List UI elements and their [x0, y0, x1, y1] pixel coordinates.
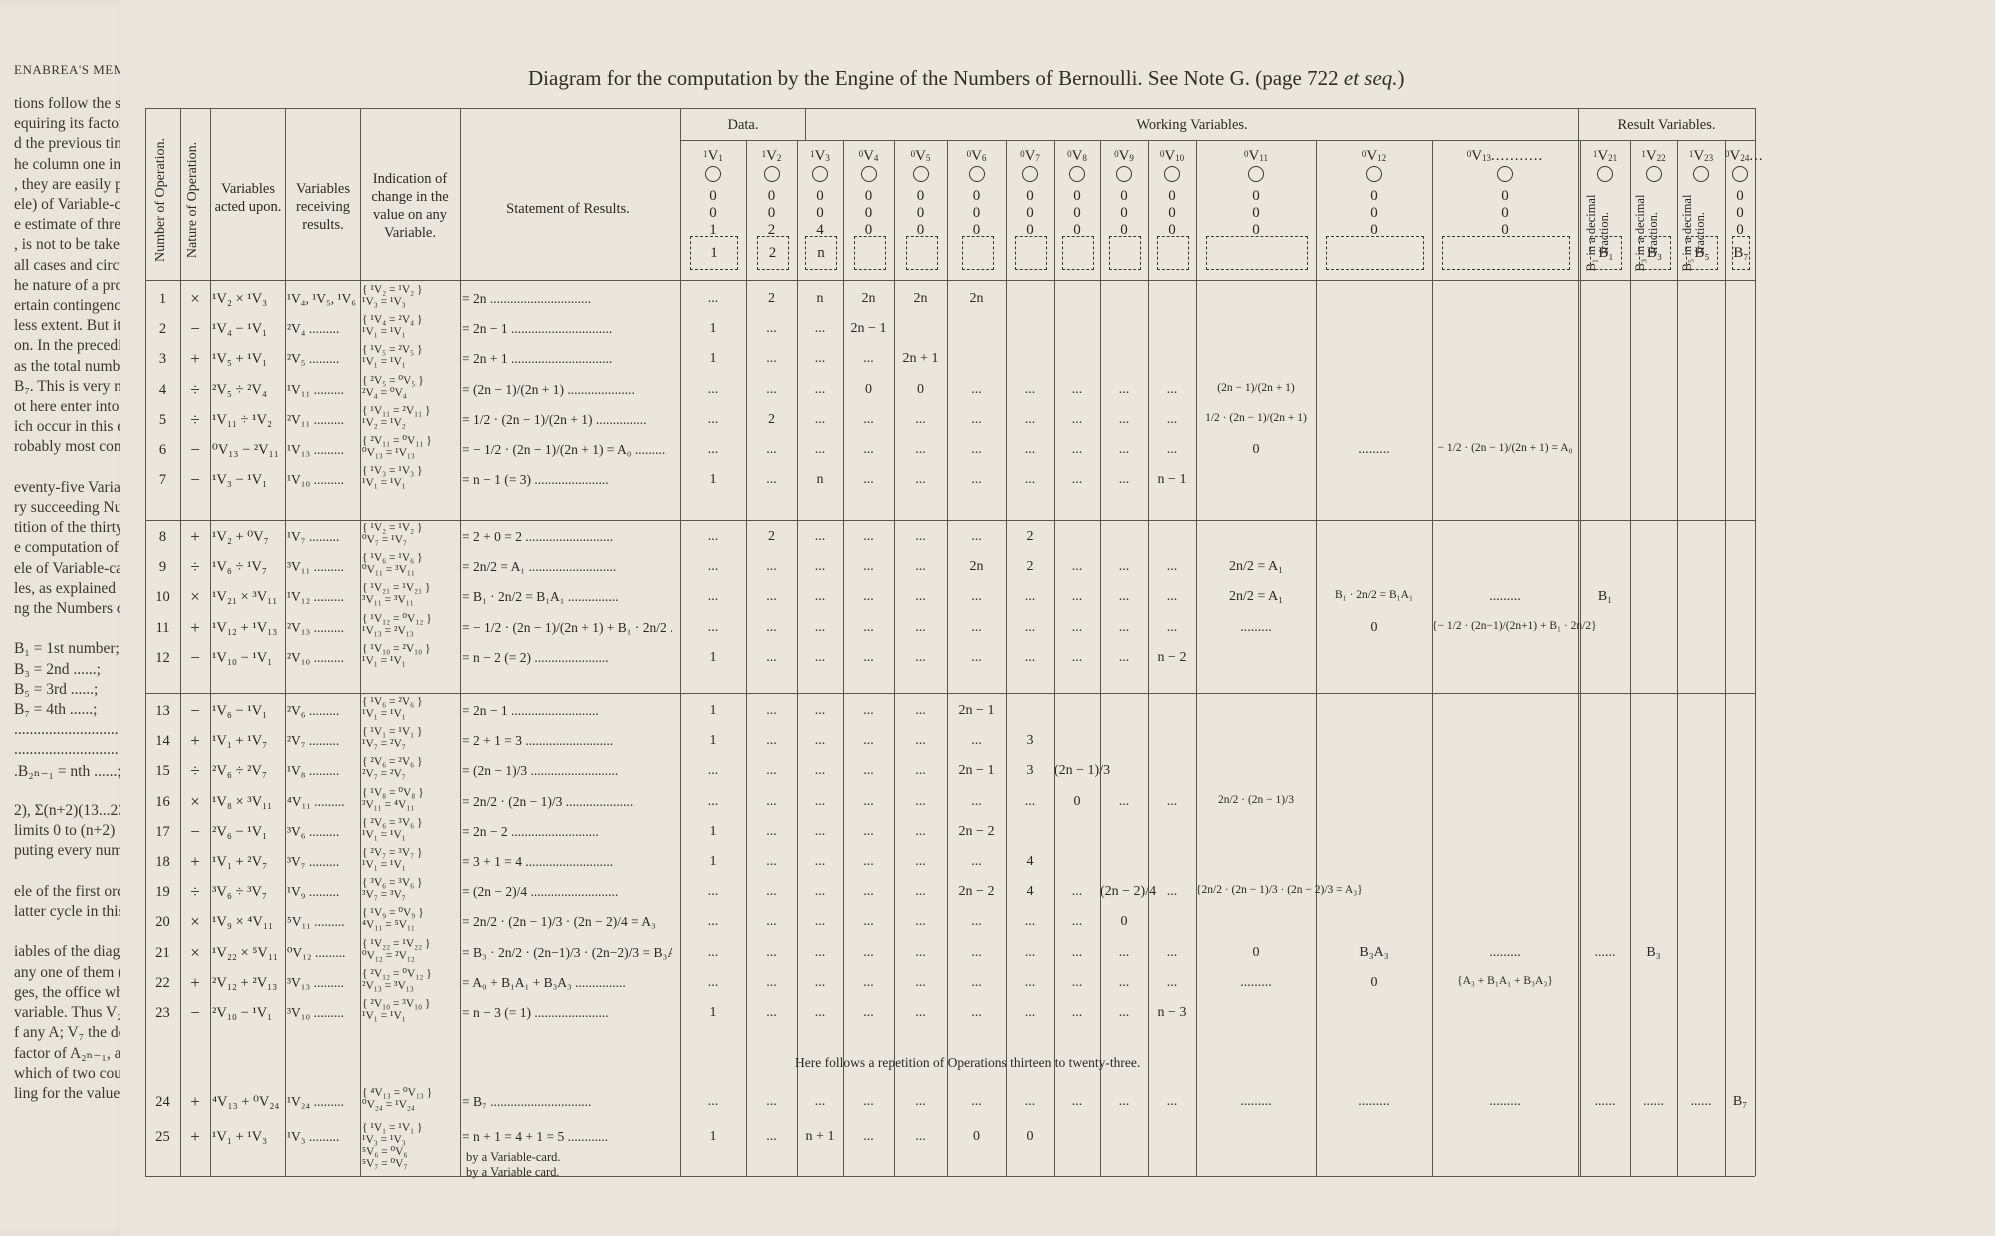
column-digit: 0: [1073, 205, 1081, 221]
variable-value: ...: [843, 620, 894, 636]
operation-sign: ×: [180, 912, 210, 932]
change-indication: { ²V₆ = ³V₆ } ¹V₁ = ¹V₁: [362, 817, 423, 841]
variable-column-header: 0V13...........000: [1432, 148, 1578, 239]
variable-value: ...: [947, 382, 1006, 398]
variable-value: {2n/2 · (2n − 1)/3 · (2n − 2)/3 = A₃}: [1196, 884, 1316, 896]
variable-value: ...: [1006, 1005, 1054, 1021]
result-note: by a Variable-card.: [466, 1150, 561, 1165]
variable-value: ...: [797, 1005, 843, 1021]
variables-receiving: ¹V₁₃ .........: [287, 442, 344, 458]
variable-value: 2n/2 = A₁: [1196, 559, 1316, 575]
variable-value: ...: [746, 1129, 797, 1145]
variable-value: 2n: [947, 291, 1006, 307]
variable-value: 1: [680, 351, 746, 367]
variable-value: ...: [1054, 382, 1100, 398]
variable-value: 1: [680, 703, 746, 719]
variables-acted-upon: ¹V₂ × ¹V₃: [212, 291, 267, 308]
variable-value: ...: [894, 794, 947, 810]
change-indication: { ¹V₁ = ¹V₁ } ¹V₃ = ¹V₃ ⁵V₆ = ⁰V₆ ⁵V₇ = …: [362, 1122, 423, 1170]
facing-page-line: ele of Variable-cards.: [14, 560, 137, 578]
variable-value: ...: [746, 975, 797, 991]
variable-value: ...: [1148, 412, 1196, 428]
variable-value: ...: [746, 472, 797, 488]
operation-number: 8: [145, 529, 180, 546]
variables-acted-upon: ⁰V₁₃ − ²V₁₁: [212, 442, 279, 459]
variables-receiving: ¹V₄, ¹V₅, ¹V₆: [287, 291, 356, 307]
variable-value: ...: [1006, 620, 1054, 636]
operation-sign: +: [180, 1127, 210, 1147]
facing-page-line: B₇ = 4th ......;: [14, 701, 97, 719]
variable-value: ...: [680, 291, 746, 307]
variable-card-box: [1206, 236, 1308, 270]
facing-page-line: 2), Σ(n+2)(13...23),(: [14, 802, 137, 820]
operation-number: 15: [145, 763, 180, 780]
variable-value: ...: [947, 589, 1006, 605]
facing-page-line: B₁ = 1st number;: [14, 640, 120, 658]
variable-column-header: 0V12000: [1316, 148, 1432, 239]
variable-value: ...: [894, 1005, 947, 1021]
change-line: ⁰V₁₂ = ²V₁₂: [362, 950, 431, 962]
operation-sign: +: [180, 618, 210, 638]
statement-of-result: = (2n − 2)/4 ..........................: [462, 884, 672, 900]
variable-value: ...: [1148, 1094, 1196, 1110]
variable-card-box: 1: [690, 236, 738, 270]
column-digit: 0: [1120, 188, 1128, 204]
variables-acted-upon: ²V₁₂ + ²V₁₃: [212, 975, 277, 992]
change-line: { ¹V₂ = ¹V₂ }: [362, 284, 423, 296]
table-bottom-rule: [145, 1176, 1755, 1177]
facing-page-line: iables of the diagram, it: [14, 943, 137, 961]
variables-receiving: ²V₁₃ .........: [287, 620, 344, 636]
variables-receiving: ¹V₇ .........: [287, 529, 339, 545]
column-digit: 0: [709, 188, 717, 204]
diagram-title: Diagram for the computation by the Engin…: [528, 66, 1405, 91]
operation-number: 13: [145, 703, 180, 720]
variable-value: ...: [843, 824, 894, 840]
change-indication: { ¹V₁₂ = ⁰V₁₂ } ¹V₁₃ = ²V₁₃: [362, 613, 432, 637]
variable-value: ...: [1148, 589, 1196, 605]
variables-acted-upon: ¹V₁₁ ÷ ¹V₂: [212, 412, 272, 429]
operation-sign: ×: [180, 792, 210, 812]
variable-value: ...: [843, 975, 894, 991]
variable-column-header: 1V22: [1630, 148, 1677, 188]
statement-of-result: = A₀ + B₁A₁ + B₃A₃ ...............: [462, 975, 672, 991]
variable-value: ...: [894, 914, 947, 930]
change-line: { ¹V₂₂ = ¹V₂₂ }: [362, 938, 431, 950]
variable-value: ...: [843, 703, 894, 719]
variable-value: 0: [1316, 620, 1432, 636]
variable-value: ...: [797, 914, 843, 930]
facing-page-line: puting every number in: [14, 842, 137, 860]
variable-value: ...: [797, 975, 843, 991]
change-indication: { ²V₁₂ = ⁰V₁₂ } ²V₁₃ = ³V₁₃: [362, 968, 432, 992]
change-line: { ²V₁₁ = ⁰V₁₁ }: [362, 435, 432, 447]
statement-of-result: = 2 + 1 = 3 ..........................: [462, 733, 672, 749]
change-indication: { ²V₇ = ³V₇ } ¹V₁ = ¹V₁: [362, 847, 423, 871]
variable-value: ...: [843, 559, 894, 575]
variables-receiving: ²V₅ .........: [287, 351, 339, 367]
operation-sign: −: [180, 440, 210, 460]
variables-acted-upon: ¹V₁ + ²V₇: [212, 854, 267, 871]
column-digit: 0: [973, 188, 981, 204]
variable-value: ...: [843, 1005, 894, 1021]
variable-name: 1V2: [762, 148, 782, 164]
variable-value: 3: [1006, 763, 1054, 779]
variable-value: .........: [1316, 1094, 1432, 1110]
variable-value: ...: [1054, 442, 1100, 458]
operation-sign: +: [180, 973, 210, 993]
variable-value: 2n − 2: [947, 824, 1006, 840]
variable-card-box: [1062, 236, 1094, 270]
variables-acted-upon: ¹V₂₂ × ⁵V₁₁: [212, 945, 278, 962]
operation-sign: ×: [180, 587, 210, 607]
variable-value: ...: [1100, 412, 1148, 428]
facing-page-line: e computation of any on: [14, 539, 137, 557]
variable-value: .........: [1432, 589, 1578, 605]
variable-value: ...: [1148, 794, 1196, 810]
change-indication: { ²V₁₁ = ⁰V₁₁ } ⁰V₁₃ = ¹V₁₃: [362, 435, 432, 459]
variable-value: ...: [843, 472, 894, 488]
section-rule: [1578, 108, 1579, 1176]
group-separator: [145, 693, 1755, 694]
variable-value: 0: [1100, 914, 1148, 930]
variable-value: ...: [1006, 650, 1054, 666]
variables-acted-upon: ²V₁₀ − ¹V₁: [212, 1005, 272, 1022]
change-line: ¹V₁ = ¹V₁: [362, 859, 423, 871]
variable-value: ...: [947, 914, 1006, 930]
change-line: ³V₁₁ = ³V₁₁: [362, 594, 431, 606]
variable-value: ...: [947, 733, 1006, 749]
variables-acted-upon: ¹V₈ × ³V₁₁: [212, 794, 272, 811]
variable-value: (2n − 2)/4: [1100, 884, 1148, 900]
facing-page-line: which of two courses: [14, 1065, 137, 1083]
variables-receiving: ³V₁₀ .........: [287, 1005, 344, 1021]
variable-value: ...: [947, 794, 1006, 810]
operation-sign: +: [180, 731, 210, 751]
variable-value: ...: [1148, 620, 1196, 636]
variable-name: 0V4: [859, 148, 879, 164]
variable-value: ...: [1148, 442, 1196, 458]
repetition-note: Here follows a repetition of Operations …: [795, 1055, 1140, 1071]
variable-value: ...: [894, 650, 947, 666]
variables-receiving: ³V₁₁ .........: [287, 559, 344, 575]
variable-name: 0V6: [967, 148, 987, 164]
operation-number: 25: [145, 1129, 180, 1146]
operation-number: 17: [145, 824, 180, 841]
statement-of-result: = B₃ · 2n/2 · (2n−1)/3 · (2n−2)/3 = B₃A₃: [462, 945, 672, 961]
column-rule: [1580, 140, 1581, 1176]
variable-value: ......: [1630, 1094, 1677, 1110]
variables-receiving: ⁴V₁₁ .........: [287, 794, 345, 810]
variable-name: 1V23: [1689, 148, 1713, 164]
variable-value: 0: [894, 382, 947, 398]
column-digit: 0: [816, 205, 824, 221]
variable-value: ...: [1006, 412, 1054, 428]
variable-value: 2: [1006, 529, 1054, 545]
change-line: { ¹V₆ = ¹V₆ }: [362, 552, 423, 564]
facing-page-line: all cases and circums: [14, 257, 137, 275]
variables-receiving: ²V₁₁ .........: [287, 412, 344, 428]
variable-column-header: 1V1001: [680, 148, 746, 239]
variable-value: n + 1: [797, 1129, 843, 1145]
operation-sign: −: [180, 319, 210, 339]
variable-value: 2n: [894, 291, 947, 307]
facing-page-header: ENABREA'S MEMOI: [14, 62, 137, 78]
variable-value: 2n − 1: [947, 763, 1006, 779]
variable-value: ...: [797, 650, 843, 666]
variable-value: ...: [1148, 382, 1196, 398]
facing-page-line: he nature of a problem: [14, 277, 137, 295]
facing-page-line: less extent. But it is: [14, 317, 136, 335]
variable-column-circle-icon: [1164, 166, 1180, 182]
variable-card-box: B₃: [1639, 236, 1671, 270]
variable-value: 1: [680, 650, 746, 666]
variable-value: 2: [746, 412, 797, 428]
variable-value: ...: [1006, 442, 1054, 458]
operation-number: 11: [145, 620, 180, 637]
column-digit: 0: [1252, 188, 1260, 204]
column-rule: [460, 108, 461, 1176]
variable-value: B₃A₃: [1316, 945, 1432, 961]
variable-card-box: [1442, 236, 1570, 270]
variable-value: ...: [947, 442, 1006, 458]
variable-value: − 1/2 · (2n − 1)/(2n + 1) = A₀: [1432, 442, 1578, 454]
change-line: ⁰V₁₁ = ³V₁₁: [362, 564, 423, 576]
change-indication: { ¹V₃ = ¹V₃ } ¹V₁ = ¹V₁: [362, 465, 423, 489]
statement-of-result: = 2n − 1 ..............................: [462, 321, 672, 337]
variable-value: ...: [843, 589, 894, 605]
variable-value: (2n − 1)/(2n + 1): [1196, 382, 1316, 394]
change-line: { ¹V₉ = ⁰V₉ }: [362, 907, 424, 919]
variable-value: ...: [1006, 1094, 1054, 1110]
variable-value: ...: [1100, 1005, 1148, 1021]
data-section-label: Data.: [680, 116, 806, 134]
variable-value: B₁: [1580, 589, 1630, 605]
variable-card-box: [1326, 236, 1424, 270]
change-line: ¹V₃ = ¹V₃: [362, 296, 423, 308]
variables-acted-upon: ⁴V₁₃ + ⁰V₂₄: [212, 1094, 279, 1111]
variable-value: ...: [680, 559, 746, 575]
variable-value: ...: [746, 382, 797, 398]
variable-column-circle-icon: [1597, 166, 1613, 182]
variable-name: 0V8: [1067, 148, 1087, 164]
variable-value: ...: [947, 854, 1006, 870]
variables-acted-upon: ³V₆ ÷ ³V₇: [212, 884, 267, 901]
statement-of-result: = 2n − 2 ..........................: [462, 824, 672, 840]
variable-value: ...: [894, 975, 947, 991]
variables-acted-upon: ²V₅ ÷ ²V₄: [212, 382, 267, 399]
column-digit: 0: [1026, 205, 1034, 221]
change-indication: { ¹V₁₁ = ²V₁₁ } ¹V₂ = ¹V₂: [362, 405, 431, 429]
operation-sign: ÷: [180, 882, 210, 902]
variable-value: ...: [894, 854, 947, 870]
statement-of-result: = 2n/2 = A₁ ..........................: [462, 559, 672, 575]
variable-value: ...: [947, 975, 1006, 991]
operation-number: 12: [145, 650, 180, 667]
operation-number: 5: [145, 412, 180, 429]
variable-card-box: [1109, 236, 1141, 270]
variable-value: ...: [843, 854, 894, 870]
variable-value: ...: [1148, 559, 1196, 575]
operation-sign: −: [180, 822, 210, 842]
facing-page-line: ertain contingencies, in: [14, 297, 137, 315]
variable-value: 2n − 1: [843, 321, 894, 337]
change-indication: { ²V₁₀ = ³V₁₀ } ¹V₁ = ¹V₁: [362, 998, 431, 1022]
variable-column-header: 0V6000: [947, 148, 1006, 239]
facing-page-line: eventy-five Variable-car: [14, 479, 137, 497]
column-digit: 0: [1073, 188, 1081, 204]
variable-column-circle-icon: [913, 166, 929, 182]
column-digit: 0: [1168, 205, 1176, 221]
column-digit: 0: [768, 205, 776, 221]
change-line: { ¹V₁₂ = ⁰V₁₂ }: [362, 613, 432, 625]
change-indication: { ¹V₆ = ²V₆ } ¹V₁ = ¹V₁: [362, 696, 423, 720]
variable-value: ...: [894, 945, 947, 961]
variable-value: 1: [680, 472, 746, 488]
operation-number: 1: [145, 291, 180, 308]
operation-sign: +: [180, 527, 210, 547]
facing-page-line: ...........................: [14, 741, 119, 759]
variable-value: ...: [746, 620, 797, 636]
variable-value: ...: [680, 589, 746, 605]
variable-value: ...: [843, 884, 894, 900]
variables-acted-upon: ¹V₆ − ¹V₁: [212, 703, 267, 720]
variable-value: ...: [843, 1094, 894, 1110]
statement-of-results-header: Statement of Results.: [462, 200, 674, 218]
facing-page-line: on. In the preceding: [14, 337, 137, 355]
change-indication: { ¹V₅ = ²V₅ } ¹V₁ = ¹V₁: [362, 344, 423, 368]
variable-value: ...: [797, 945, 843, 961]
variable-value: 2: [746, 291, 797, 307]
change-line: ¹V₁₃ = ²V₁₃: [362, 625, 432, 637]
variable-card-box: [906, 236, 938, 270]
operation-number: 2: [145, 321, 180, 338]
change-line: { ¹V₈ = ⁰V₈ }: [362, 787, 424, 799]
variable-column-header: 0V11000: [1196, 148, 1316, 239]
variable-column-header: 1V21: [1580, 148, 1630, 188]
variable-value: ...: [797, 733, 843, 749]
operation-number: 23: [145, 1005, 180, 1022]
column-digit: 0: [865, 188, 873, 204]
variable-value: ......: [1580, 1094, 1630, 1110]
variables-receiving: ¹V₁₂ .........: [287, 589, 344, 605]
variable-value: ...: [797, 589, 843, 605]
statement-of-result: = 1/2 · (2n − 1)/(2n + 1) ..............…: [462, 412, 672, 428]
variable-value: ...: [1054, 650, 1100, 666]
nature-of-operation-header: Nature of Operation.: [185, 120, 205, 280]
column-digit: 0: [917, 205, 925, 221]
statement-of-result: = n + 1 = 4 + 1 = 5 ............: [462, 1129, 672, 1145]
facing-page-line: as the total number wh: [14, 358, 137, 376]
statement-of-result: = − 1/2 · (2n − 1)/(2n + 1) + B₁ · 2n/2 …: [462, 620, 672, 636]
variables-receiving: ³V₇ .........: [287, 854, 339, 870]
variable-value: ...: [1100, 382, 1148, 398]
variable-value: ...: [797, 794, 843, 810]
variables-acted-upon: ¹V₂ + ⁰V₇: [212, 529, 269, 546]
change-indication: { ¹V₆ = ¹V₆ } ⁰V₁₁ = ³V₁₁: [362, 552, 423, 576]
variable-value: 2n/2 = A₁: [1196, 589, 1316, 605]
variable-value: 3: [1006, 733, 1054, 749]
variable-column-header: 0V8000: [1054, 148, 1100, 239]
variable-value: ...: [894, 824, 947, 840]
variable-value: 1: [680, 824, 746, 840]
variable-value: ...: [797, 412, 843, 428]
variable-value: 1: [680, 733, 746, 749]
variable-value: ...: [894, 589, 947, 605]
variable-value: n: [797, 472, 843, 488]
statement-of-result: = 2 + 0 = 2 ..........................: [462, 529, 672, 545]
variable-name: 0V11: [1244, 148, 1268, 164]
variable-value: ...: [1054, 945, 1100, 961]
variable-value: ...: [797, 529, 843, 545]
change-line: ³V₇ = ³V₇: [362, 889, 423, 901]
variable-value: ...: [1100, 620, 1148, 636]
operation-number: 10: [145, 589, 180, 606]
variable-value: ...: [746, 854, 797, 870]
column-digit: 0: [1168, 188, 1176, 204]
change-line: { ²V₅ = ⁰V₅ }: [362, 375, 424, 387]
change-indication: { ¹V₁₀ = ²V₁₀ } ¹V₁ = ¹V₁: [362, 643, 431, 667]
variable-value: ...: [1100, 650, 1148, 666]
change-indication: { ¹V₂ = ¹V₂ } ⁰V₇ = ¹V₇: [362, 522, 423, 546]
variable-value: ...: [746, 824, 797, 840]
variable-column-header: 1V23: [1677, 148, 1725, 188]
variable-value: ...: [797, 559, 843, 575]
variables-acted-upon-header: Variables acted upon.: [212, 180, 284, 216]
column-rule: [1725, 140, 1726, 1176]
variable-value: ...: [746, 945, 797, 961]
variable-value: ...: [680, 620, 746, 636]
variable-value: ...: [1006, 382, 1054, 398]
variable-value: 2n/2 · (2n − 1)/3: [1196, 794, 1316, 806]
column-digit: 0: [1026, 188, 1034, 204]
variable-value: ...: [797, 442, 843, 458]
change-line: ¹V₃ = ¹V₃: [362, 1134, 423, 1146]
operation-number: 9: [145, 559, 180, 576]
operation-number: 14: [145, 733, 180, 750]
variable-value: ...: [746, 794, 797, 810]
column-rule: [1630, 140, 1631, 1176]
operation-sign: ÷: [180, 380, 210, 400]
title-italic: et seq.: [1344, 66, 1398, 90]
variables-receiving: ²V₇ .........: [287, 733, 339, 749]
variables-receiving: ¹V₁₁ .........: [287, 382, 344, 398]
variable-value: 1: [680, 1129, 746, 1145]
change-line: { ¹V₁ = ¹V₁ }: [362, 726, 423, 738]
variable-value: ...: [680, 945, 746, 961]
variable-value: ...: [894, 763, 947, 779]
variable-value: ...: [680, 382, 746, 398]
facing-page-line: d the previous time, and: [14, 135, 137, 153]
facing-page-line: latter cycle in this case: [14, 903, 137, 921]
variable-column-circle-icon: [1248, 166, 1264, 182]
change-line: { ²V₆ = ²V₆ }: [362, 756, 423, 768]
variable-name: 1V22: [1641, 148, 1665, 164]
change-line: ¹V₁ = ¹V₁: [362, 1010, 431, 1022]
change-line: ¹V₁ = ¹V₁: [362, 655, 431, 667]
variable-value: 1/2 · (2n − 1)/(2n + 1): [1196, 412, 1316, 424]
title-main: Diagram for the computation by the Engin…: [528, 66, 1339, 90]
variable-value: ...: [843, 733, 894, 749]
variable-value: 1: [680, 321, 746, 337]
variable-value: {− 1/2 · (2n−1)/(2n+1) + B₁ · 2n/2}: [1432, 620, 1578, 632]
variable-value: 2: [1006, 559, 1054, 575]
operation-sign: ×: [180, 289, 210, 309]
variable-value: 2n: [843, 291, 894, 307]
operation-number: 6: [145, 442, 180, 459]
variable-column-header: 1V2002: [746, 148, 797, 239]
variable-name: 1V1: [703, 148, 723, 164]
